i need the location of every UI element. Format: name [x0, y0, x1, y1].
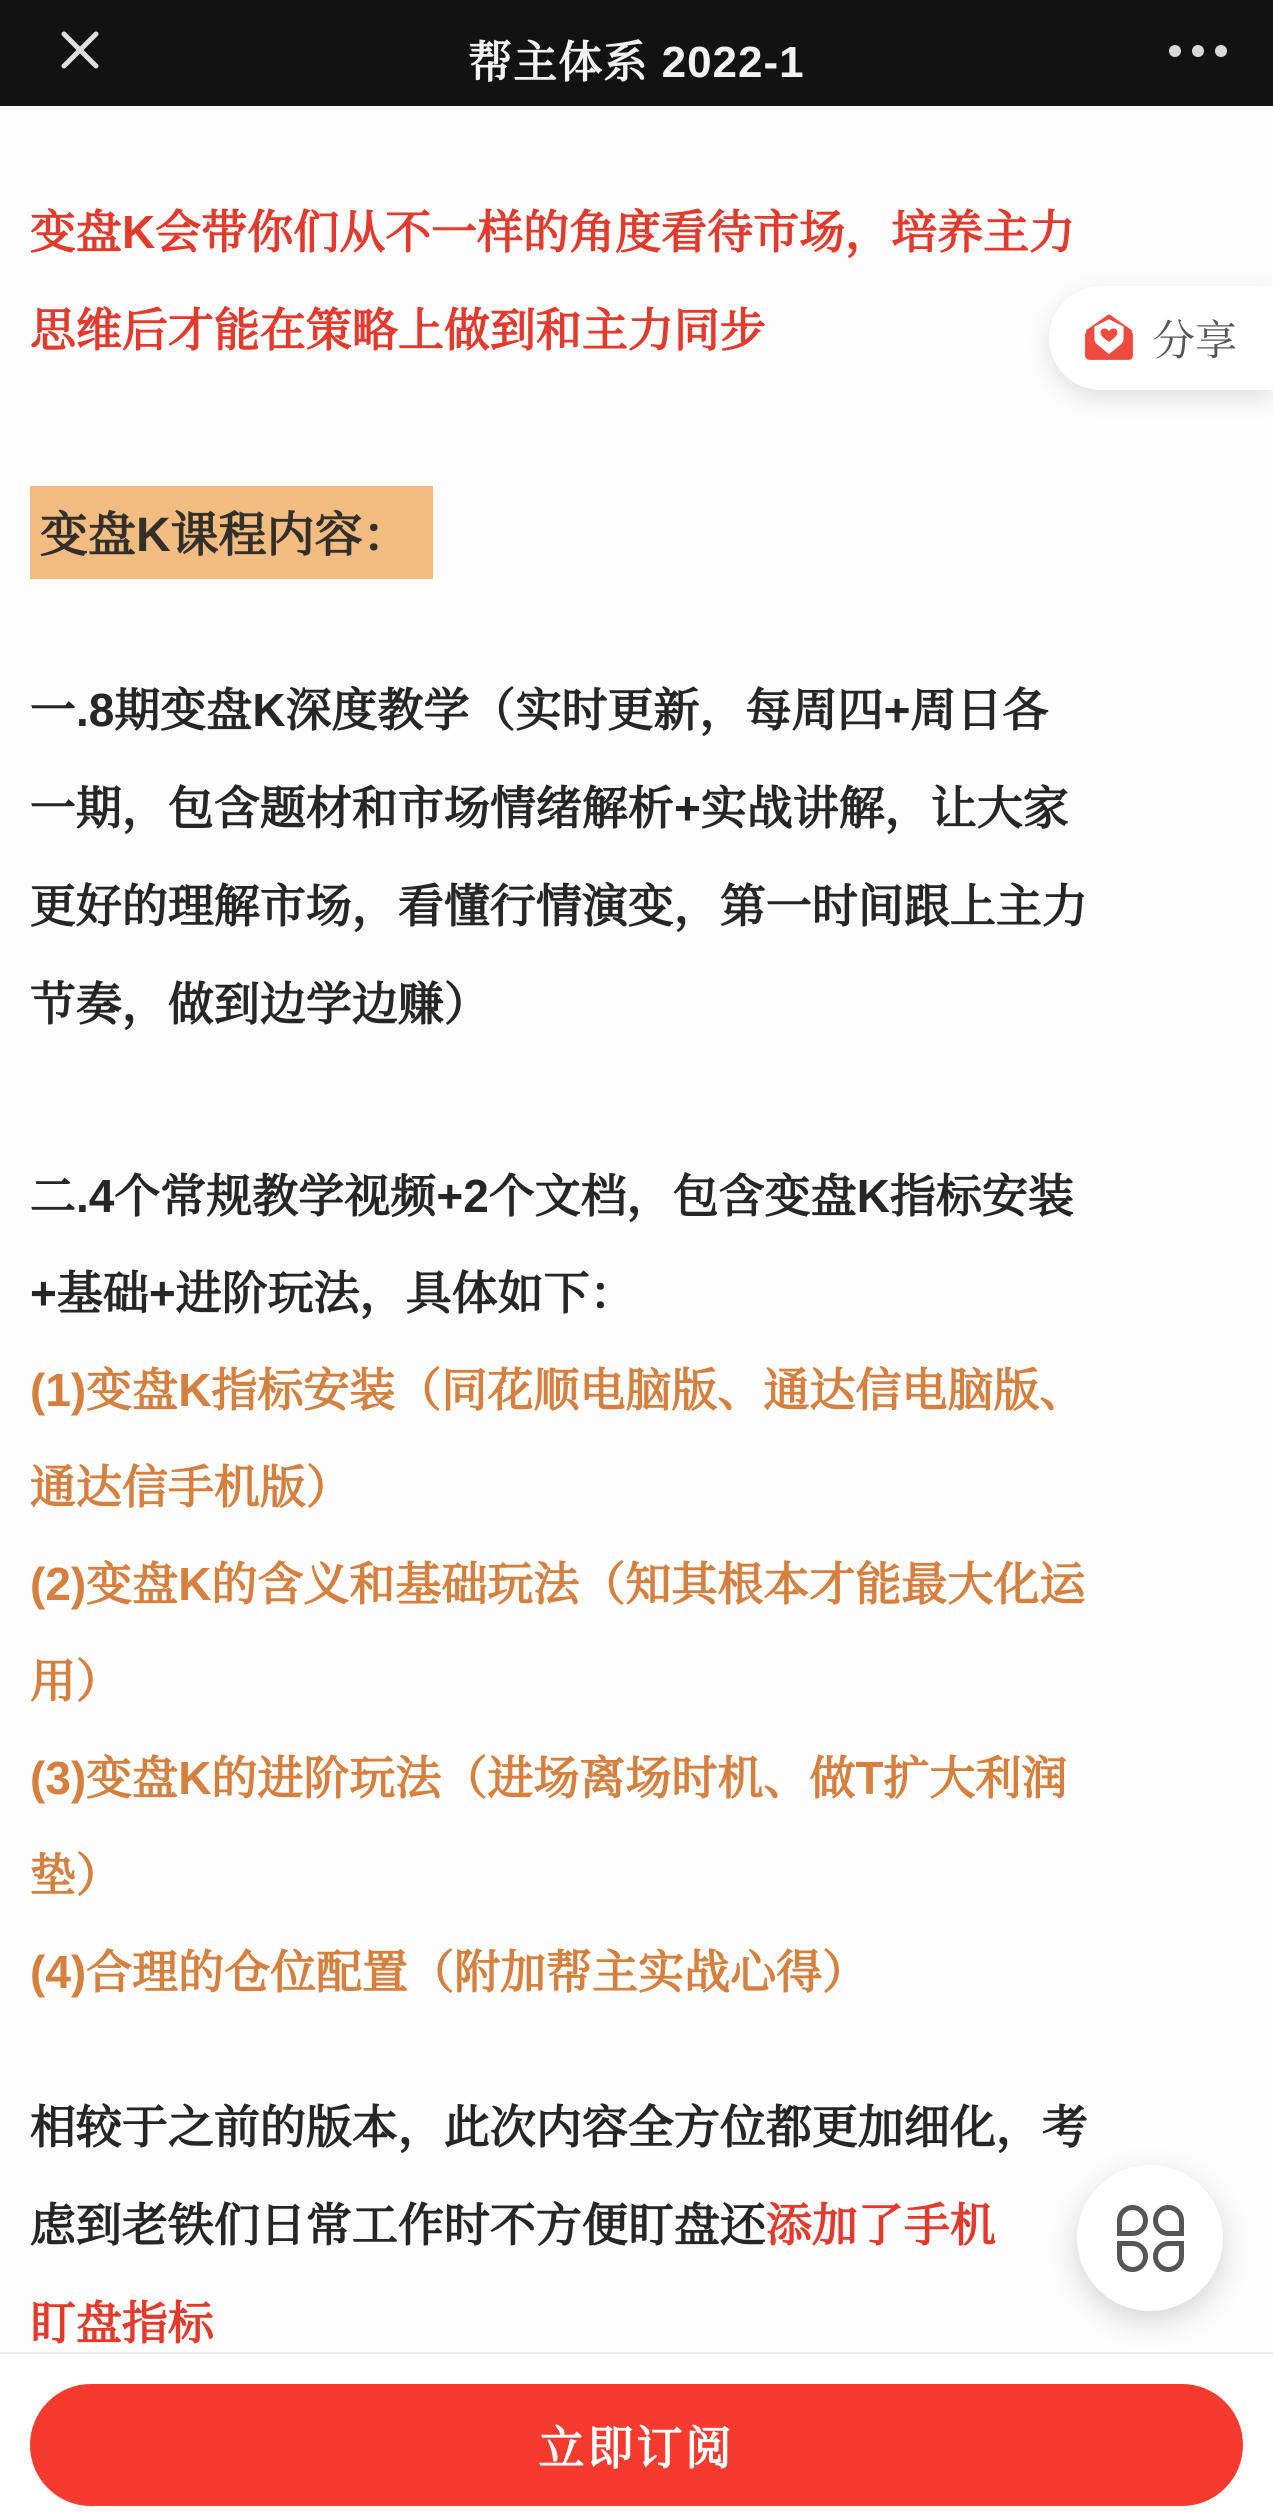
- ellipsis-icon: [1215, 45, 1227, 57]
- section-two: 二.4个常规教学视频+2个文档，包含变盘K指标安装 +基础+进阶玩法，具体如下：…: [30, 1148, 1270, 2021]
- course-item-3: (3)变盘K的进阶玩法（进场离场时机、做T扩大利润 垫）: [30, 1730, 1270, 1924]
- course-item-1: (1)变盘K指标安装（同花顺电脑版、通达信电脑版、 通达信手机版）: [30, 1342, 1270, 1536]
- subscribe-button[interactable]: 立即订阅: [30, 2384, 1243, 2506]
- share-button[interactable]: 分享: [1049, 286, 1273, 390]
- clover-grid-icon: [1117, 2205, 1184, 2272]
- share-label: 分享: [1153, 308, 1237, 368]
- article-page: 帮主体系 2022-1 变盘K会带你们从不一样的角度看待市场，培养主力 思维后才…: [0, 0, 1273, 2518]
- page-title: 帮主体系 2022-1: [0, 26, 1273, 90]
- section-two-intro: 二.4个常规教学视频+2个文档，包含变盘K指标安装 +基础+进阶玩法，具体如下：: [30, 1148, 1270, 1342]
- bottom-action-bar: 立即订阅: [0, 2352, 1273, 2518]
- clover-leaf: [1153, 2205, 1184, 2236]
- clover-leaf: [1153, 2241, 1184, 2272]
- section-one-paragraph: 一.8期变盘K深度教学（实时更新，每周四+周日各 一期，包含题材和市场情绪解析+…: [30, 661, 1270, 1053]
- envelope-heart-icon: [1083, 314, 1135, 362]
- course-heading: 变盘K课程内容：: [30, 486, 433, 579]
- course-heading-wrap: 变盘K课程内容：: [30, 486, 433, 579]
- clover-leaf: [1117, 2241, 1148, 2272]
- header-bar: 帮主体系 2022-1: [0, 0, 1273, 106]
- more-menu-button[interactable]: [1169, 34, 1227, 68]
- ellipsis-icon: [1192, 45, 1204, 57]
- clover-leaf: [1117, 2205, 1148, 2236]
- ellipsis-icon: [1169, 45, 1181, 57]
- course-item-4: (4)合理的仓位配置（附加帮主实战心得）: [30, 1924, 1270, 2021]
- course-item-2: (2)变盘K的含义和基础玩法（知其根本才能最大化运 用）: [30, 1536, 1270, 1730]
- floating-window-button[interactable]: [1077, 2165, 1223, 2311]
